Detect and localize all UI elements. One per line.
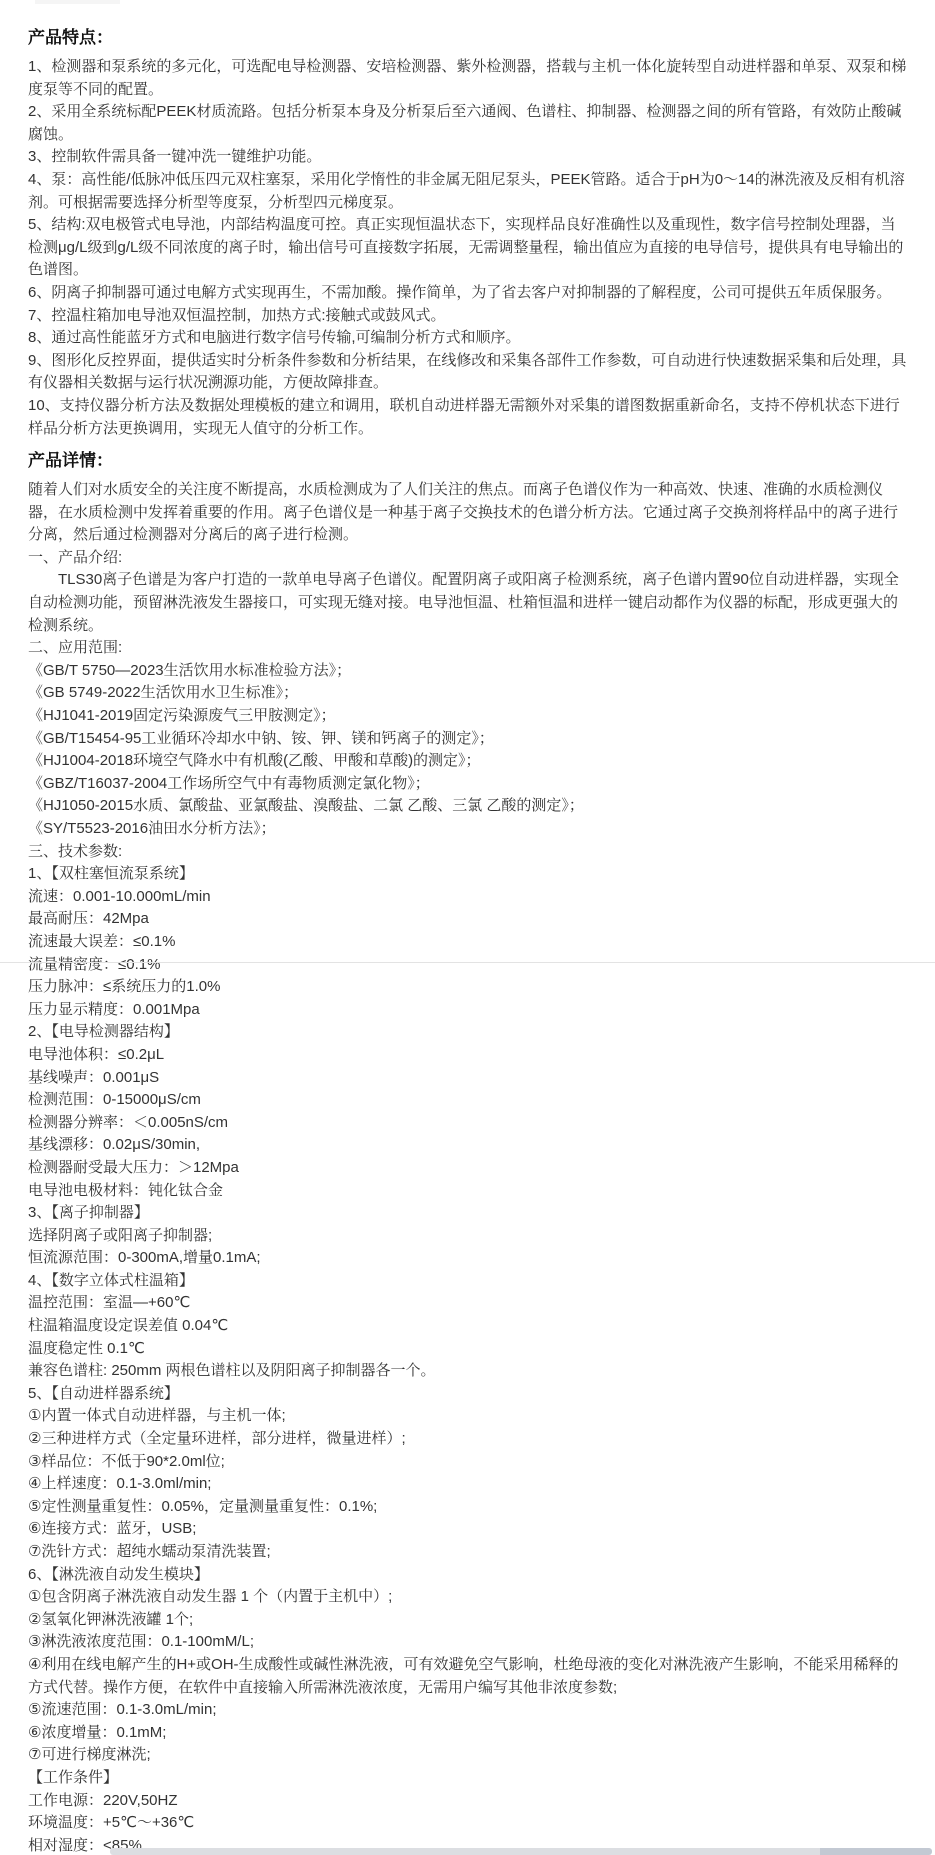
param-line: 流速最大误差：≤0.1% — [28, 931, 907, 954]
section-title-application-scope: 二、应用范围: — [28, 637, 907, 660]
feature-item: 8、通过高性能蓝牙方式和电脑进行数字信号传输,可编制分析方式和顺序。 — [28, 327, 907, 350]
standard-item: 《GB 5749-2022生活饮用水卫生标准》； — [28, 682, 907, 705]
param-line: ③淋洗液浓度范围：0.1-100mM/L; — [28, 1631, 907, 1654]
param-line: 最高耐压：42Mpa — [28, 908, 907, 931]
param-line: 电导池体积：≤0.2μL — [28, 1044, 907, 1067]
param-line: 恒流源范围：0-300mA,增量0.1mA; — [28, 1247, 907, 1270]
param-line: ④利用在线电解产生的H+或OH-生成酸性或碱性淋洗液，可有效避免空气影响，杜绝母… — [28, 1654, 907, 1699]
param-line: 流速：0.001-10.000mL/min — [28, 886, 907, 909]
param-line: ⑤定性测量重复性：0.05%，定量测量重复性：0.1%; — [28, 1496, 907, 1519]
bottom-cropped-bar-dark — [820, 1848, 932, 1855]
param-line: 检测器耐受最大压力：＞12Mpa — [28, 1157, 907, 1180]
feature-item: 1、检测器和泵系统的多元化，可选配电导检测器、安培检测器、紫外检测器，搭载与主机… — [28, 56, 907, 101]
features-heading: 产品特点： — [28, 26, 907, 50]
feature-item: 4、泵：高性能/低脉冲低压四元双柱塞泵，采用化学惰性的非金属无阻尼泵头，PEEK… — [28, 169, 907, 214]
param-line: 基线漂移：0.02μS/30min, — [28, 1134, 907, 1157]
feature-item: 3、控制软件需具备一键冲洗一键维护功能。 — [28, 146, 907, 169]
bottom-cropped-bar-light — [110, 1848, 820, 1855]
param-line: ⑦可进行梯度淋洗; — [28, 1744, 907, 1767]
param-line: 柱温箱温度设定误差值 0.04℃ — [28, 1315, 907, 1338]
param-group-title: 1、【双柱塞恒流泵系统】 — [28, 863, 907, 886]
param-group-title: 5、【自动进样器系统】 — [28, 1383, 907, 1406]
feature-item: 6、阴离子抑制器可通过电解方式实现再生，不需加酸。操作简单，为了省去客户对抑制器… — [28, 282, 907, 305]
param-line: ⑥浓度增量：0.1mM; — [28, 1722, 907, 1745]
param-line: ①内置一体式自动进样器，与主机一体; — [28, 1405, 907, 1428]
standard-item: 《HJ1004-2018环境空气降水中有机酸(乙酸、甲酸和草酸)的测定》； — [28, 750, 907, 773]
standard-item: 《SY/T5523-2016油田水分析方法》； — [28, 818, 907, 841]
param-line: ②氢氧化钾淋洗液罐 1个; — [28, 1609, 907, 1632]
param-line: 流量精密度：≤0.1% — [28, 954, 907, 977]
param-line: 压力显示精度：0.001Mpa — [28, 999, 907, 1022]
param-line: ⑥连接方式：蓝牙，USB; — [28, 1518, 907, 1541]
param-line: ④上样速度：0.1-3.0ml/min; — [28, 1473, 907, 1496]
section-title-tech-params: 三、技术参数: — [28, 841, 907, 864]
feature-item: 5、结构:双电极管式电导池，内部结构温度可控。真正实现恒温状态下，实现样品良好准… — [28, 214, 907, 282]
param-line: 温度稳定性 0.1℃ — [28, 1338, 907, 1361]
param-group-title: 3、【离子抑制器】 — [28, 1202, 907, 1225]
details-heading: 产品详情： — [28, 449, 907, 473]
param-line: 温控范围：室温—+60℃ — [28, 1292, 907, 1315]
param-line: 检测范围：0-15000μS/cm — [28, 1089, 907, 1112]
param-line: 选择阴离子或阳离子抑制器; — [28, 1225, 907, 1248]
product-description-document: 产品特点： 1、检测器和泵系统的多元化，可选配电导检测器、安培检测器、紫外检测器… — [0, 0, 935, 1855]
standard-item: 《GB/T 5750—2023生活饮用水标准检验方法》； — [28, 660, 907, 683]
param-line: ③样品位：不低于90*2.0ml位; — [28, 1451, 907, 1474]
param-group-title: 2、【电导检测器结构】 — [28, 1021, 907, 1044]
standard-item: 《HJ1041-2019固定污染源废气三甲胺测定》； — [28, 705, 907, 728]
details-intro-paragraph: 随着人们对水质安全的关注度不断提高，水质检测成为了人们关注的焦点。而离子色谱仪作… — [28, 479, 907, 547]
param-line: ②三种进样方式（全定量环进样，部分进样，微量进样）; — [28, 1428, 907, 1451]
feature-item: 9、图形化反控界面，提供适实时分析条件参数和分析结果，在线修改和采集各部件工作参… — [28, 350, 907, 395]
param-group-title: 6、【淋洗液自动发生模块】 — [28, 1564, 907, 1587]
standard-item: 《GB/T15454-95工业循环冷却水中钠、铵、钾、镁和钙离子的测定》； — [28, 728, 907, 751]
feature-item: 2、采用全系统标配PEEK材质流路。包括分析泵本身及分析泵后至六通阀、色谱柱、抑… — [28, 101, 907, 146]
param-line: 兼容色谱柱: 250mm 两根色谱柱以及阴阳离子抑制器各一个。 — [28, 1360, 907, 1383]
param-line: ①包含阴离子淋洗液自动发生器 1 个（内置于主机中）; — [28, 1586, 907, 1609]
param-line: 基线噪声：0.001μS — [28, 1067, 907, 1090]
feature-item: 10、支持仪器分析方法及数据处理模板的建立和调用，联机自动进样器无需额外对采集的… — [28, 395, 907, 440]
param-line: 电导池电极材料：钝化钛合金 — [28, 1180, 907, 1203]
standard-item: 《HJ1050-2015水质、氯酸盐、亚氯酸盐、溴酸盐、二氯 乙酸、三氯 乙酸的… — [28, 795, 907, 818]
standard-item: 《GBZ/T16037-2004工作场所空气中有毒物质测定氯化物》； — [28, 773, 907, 796]
image-stitch-seam-divider — [0, 962, 935, 963]
product-intro-paragraph: TLS30离子色谱是为客户打造的一款单电导离子色谱仪。配置阴离子或阳离子检测系统… — [28, 569, 907, 637]
param-line: 环境温度：+5℃～+36℃ — [28, 1812, 907, 1835]
top-cropped-element — [35, 0, 120, 4]
param-line: 压力脉冲：≤系统压力的1.0% — [28, 976, 907, 999]
param-line: 检测器分辨率：＜0.005nS/cm — [28, 1112, 907, 1135]
param-line: ⑦洗针方式：超纯水蠕动泵清洗装置; — [28, 1541, 907, 1564]
param-line: ⑤流速范围：0.1-3.0mL/min; — [28, 1699, 907, 1722]
param-group-title: 【工作条件】 — [28, 1767, 907, 1790]
param-line: 工作电源：220V,50HZ — [28, 1790, 907, 1813]
param-group-title: 4、【数字立体式柱温箱】 — [28, 1270, 907, 1293]
section-title-product-intro: 一、产品介绍: — [28, 547, 907, 570]
feature-item: 7、控温柱箱加电导池双恒温控制，加热方式:接触式或鼓风式。 — [28, 305, 907, 328]
